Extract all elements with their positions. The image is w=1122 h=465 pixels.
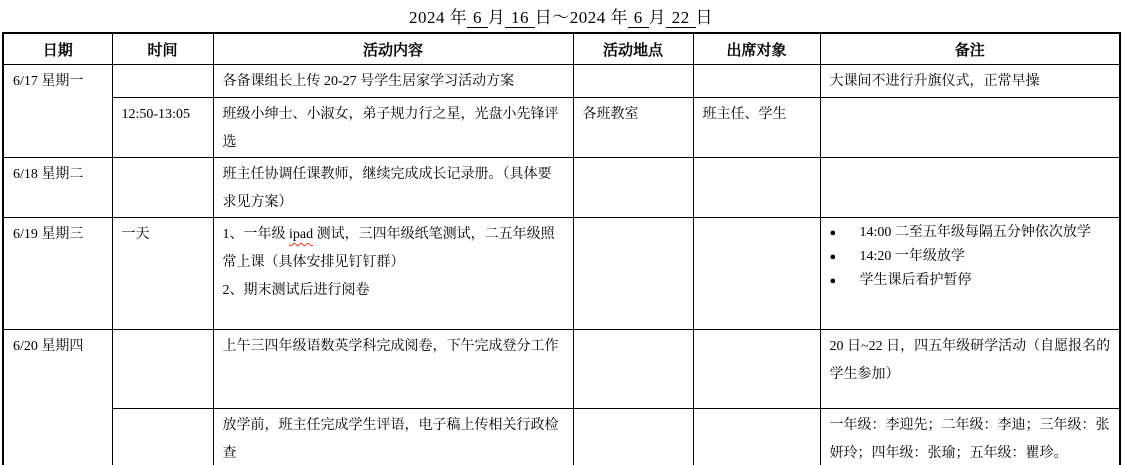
cell-attendees-mon-1: [693, 65, 820, 98]
cell-time-thu-2: [112, 409, 213, 465]
remark-bullet-item: ● 学生课后看护暂停: [830, 269, 1112, 293]
header-remarks: 备注: [820, 33, 1120, 65]
cell-date-wed: 6/19 星期三: [3, 218, 112, 330]
cell-location-mon-2: 各班教室: [573, 98, 693, 158]
cell-remark-wed: ● 14:00 二至五年级每隔五分钟依次放学 ● 14:20 一年级放学 ● 学…: [820, 218, 1120, 330]
cell-time-mon-2: 12:50-13:05: [112, 98, 213, 158]
cell-remark-mon-1: 大课间不进行升旗仪式，正常早操: [820, 65, 1120, 98]
table-row: 6/20 星期四 上午三四年级语数英学科完成阅卷，下午完成登分工作 20 日~2…: [3, 330, 1120, 409]
header-row: 日期 时间 活动内容 活动地点 出席对象 备注: [3, 33, 1120, 65]
header-date: 日期: [3, 33, 112, 65]
document-title: 2024 年 6 月 16 日～2024 年 6 月 22 日: [0, 3, 1122, 28]
table-row: 6/17 星期一 各备课组长上传 20-27 号学生居家学习活动方案 大课间不进…: [3, 65, 1120, 98]
cell-remark-thu-2: 一年级：李迎先；二年级：李迪；三年级：张妍玲；四年级：张瑜；五年级：瞿珍。: [820, 409, 1120, 465]
cell-content-thu-2: 放学前，班主任完成学生评语，电子稿上传相关行政检查: [213, 409, 573, 465]
bullet-icon: ●: [830, 245, 860, 269]
cell-time-tue: [112, 158, 213, 218]
cell-time-mon-1: [112, 65, 213, 98]
cell-attendees-tue: [693, 158, 820, 218]
table-row: 12:50-13:05 班级小绅士、小淑女，弟子规力行之星，光盘小先锋评选 各班…: [3, 98, 1120, 158]
remark-text: 14:20 一年级放学: [860, 245, 965, 269]
cell-attendees-mon-2: 班主任、学生: [693, 98, 820, 158]
weekly-schedule-table: 日期 时间 活动内容 活动地点 出席对象 备注 6/17 星期一 各备课组长上传…: [2, 32, 1121, 465]
cell-date-mon: 6/17 星期一: [3, 65, 112, 158]
cell-attendees-wed: [693, 218, 820, 330]
cell-location-thu-1: [573, 330, 693, 409]
cell-location-thu-2: [573, 409, 693, 465]
header-attendees: 出席对象: [693, 33, 820, 65]
cell-location-wed: [573, 218, 693, 330]
cell-remark-tue: [820, 158, 1120, 218]
title-text: 日～2024 年: [535, 8, 628, 27]
content-text: 1、一年级: [223, 227, 290, 242]
title-text: 月: [488, 8, 506, 27]
remark-bullet-item: ● 14:20 一年级放学: [830, 245, 1112, 269]
cell-remark-mon-2: [820, 98, 1120, 158]
cell-content-wed: 1、一年级 ipad 测试，三四年级纸笔测试，二五年级照常上课（具体安排见钉钉群…: [213, 218, 573, 330]
title-month-end: 6: [628, 8, 649, 28]
cell-date-tue: 6/18 星期二: [3, 158, 112, 218]
cell-remark-thu-1: 20 日~22 日，四五年级研学活动（自愿报名的学生参加）: [820, 330, 1120, 409]
header-activity-content: 活动内容: [213, 33, 573, 65]
remark-text: 14:00 二至五年级每隔五分钟依次放学: [860, 221, 1091, 245]
title-day-end: 22: [666, 8, 696, 28]
cell-content-thu-1: 上午三四年级语数英学科完成阅卷，下午完成登分工作: [213, 330, 573, 409]
cell-time-wed: 一天: [112, 218, 213, 330]
table-row: 6/19 星期三 一天 1、一年级 ipad 测试，三四年级纸笔测试，二五年级照…: [3, 218, 1120, 330]
cell-time-thu-1: [112, 330, 213, 409]
bullet-icon: ●: [830, 221, 860, 245]
cell-location-mon-1: [573, 65, 693, 98]
remark-text: 学生课后看护暂停: [860, 269, 972, 293]
content-paragraph: 1、一年级 ipad 测试，三四年级纸笔测试，二五年级照常上课（具体安排见钉钉群…: [223, 221, 565, 277]
title-text: 日: [696, 8, 714, 27]
cell-content-mon-1: 各备课组长上传 20-27 号学生居家学习活动方案: [213, 65, 573, 98]
title-text: 月: [649, 8, 667, 27]
title-month-start: 6: [467, 8, 488, 28]
cell-date-thu: 6/20 星期四: [3, 330, 112, 465]
cell-location-tue: [573, 158, 693, 218]
title-text: 2024 年: [409, 8, 467, 27]
misspelled-word: ipad: [289, 227, 313, 242]
title-day-start: 16: [505, 8, 535, 28]
cell-attendees-thu-1: [693, 330, 820, 409]
content-paragraph: 2、期末测试后进行阅卷: [223, 277, 565, 305]
bullet-icon: ●: [830, 269, 860, 293]
table-row: 6/18 星期二 班主任协调任课教师，继续完成成长记录册。（具体要求见方案）: [3, 158, 1120, 218]
header-activity-location: 活动地点: [573, 33, 693, 65]
header-time: 时间: [112, 33, 213, 65]
cell-attendees-thu-2: [693, 409, 820, 465]
table-row: 放学前，班主任完成学生评语，电子稿上传相关行政检查 一年级：李迎先；二年级：李迪…: [3, 409, 1120, 465]
cell-content-mon-2: 班级小绅士、小淑女，弟子规力行之星，光盘小先锋评选: [213, 98, 573, 158]
remark-bullet-item: ● 14:00 二至五年级每隔五分钟依次放学: [830, 221, 1112, 245]
cell-content-tue: 班主任协调任课教师，继续完成成长记录册。（具体要求见方案）: [213, 158, 573, 218]
